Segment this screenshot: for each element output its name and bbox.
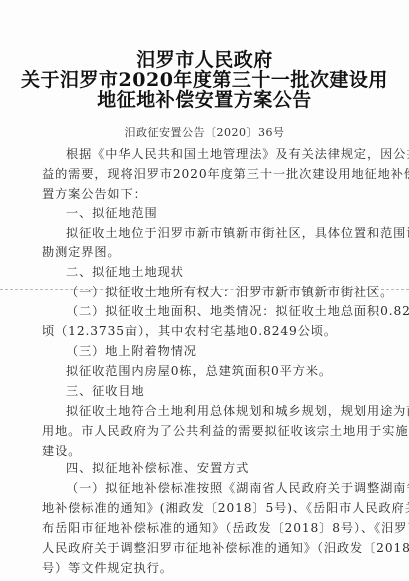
body-line: 三、征收目地: [66, 384, 370, 398]
body-line: 益的需要，现将汨罗市2020年度第三十一批次建设用地征地补偿安: [42, 167, 370, 181]
title-line-2: 关于汨罗市2020年度第三十一批次建设用: [0, 70, 409, 90]
body-line: （二）拟征收土地面积、地类情况：拟征收土地总面积0.8249公: [66, 304, 370, 318]
title-line-3: 地征地补偿安置方案公告: [0, 90, 409, 110]
document-number: 汨政征安置公告〔2020〕36号: [0, 124, 409, 140]
body-line: 顷（12.3735亩），其中农村宅基地0.8249公顷。: [42, 324, 370, 338]
body-line: 一、拟征地范围: [66, 206, 370, 220]
body-line: （一）拟征地补偿标准按照《湖南省人民政府关于调整湖南省征: [66, 481, 370, 495]
body-line: 拟征收范围内房屋0栋，总建筑面积0平方米。: [66, 364, 370, 378]
body-line: 二、拟征地土地现状: [66, 265, 370, 279]
body-line: 拟征收土地位于汨罗市新市镇新市街社区，具体位置和范围详见: [66, 226, 370, 240]
body-line: 四、拟征地补偿标准、安置方式: [66, 461, 370, 475]
body-line: 建设。: [42, 444, 370, 458]
body-line: 用地。市人民政府为了公共利益的需要拟征收该宗土地用于实施开发: [42, 424, 370, 438]
body-line: 根据《中华人民共和国土地管理法》及有关法律规定，因公共利: [66, 147, 370, 161]
body-line: 拟征收土地符合土地利用总体规划和城乡规划，规划用途为商服: [66, 404, 370, 418]
body-line: 人民政府关于调整汨罗市征地补偿标准的通知》（汨政发〔2018〕5: [42, 541, 370, 555]
body-line: 号）等文件规定执行。: [42, 561, 370, 575]
body-line: （一）拟征收土地所有权人：汨罗市新市镇新市街社区。: [66, 285, 370, 299]
body-line: 置方案公告如下：: [42, 187, 370, 201]
body-line: 勘测定界图。: [42, 245, 370, 259]
document-page: 汨罗市人民政府 关于汨罗市2020年度第三十一批次建设用 地征地补偿安置方案公告…: [0, 0, 409, 581]
body-line: 地补偿标准的通知》(湘政发〔2018〕5号)、《岳阳市人民政府关于公: [42, 501, 370, 515]
body-line: 布岳阳市征地补偿标准的通知》（岳政发〔2018〕8号）、《汨罗市: [42, 521, 370, 535]
body-line: （三）地上附着物情况: [66, 344, 370, 358]
title-line-1: 汨罗市人民政府: [0, 50, 409, 70]
